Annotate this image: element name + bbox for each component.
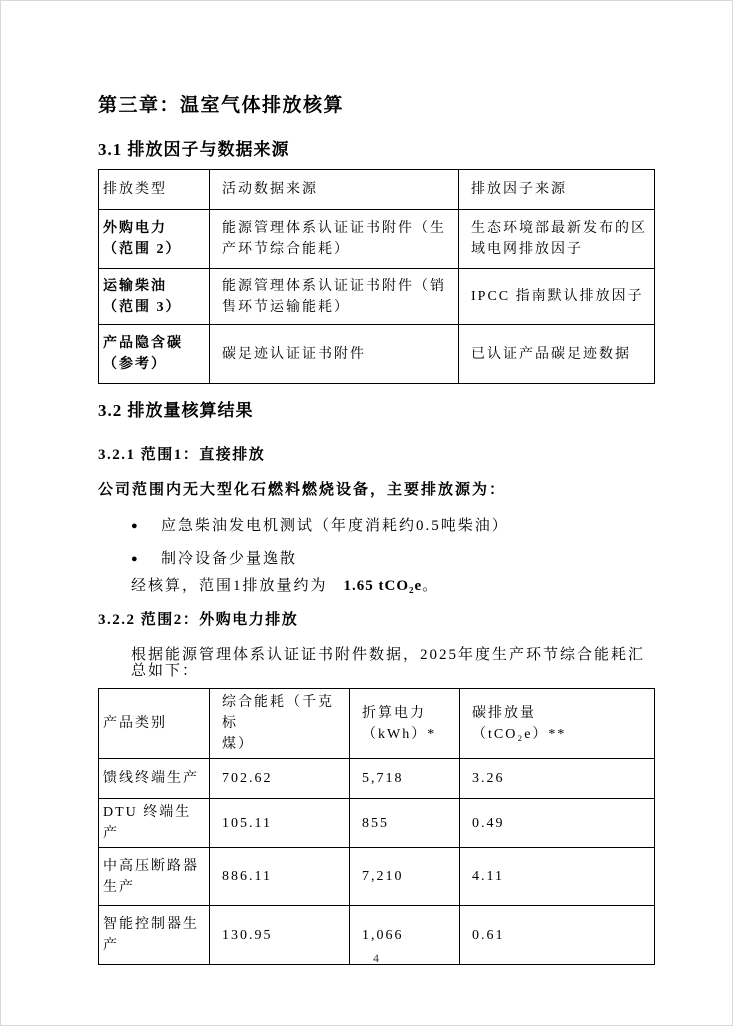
cell-activity-data-source: 能源管理体系认证证书附件（生产环节综合能耗） [210, 210, 459, 269]
bullet-icon: ● [131, 550, 161, 568]
section-3-1-heading: 3.1 排放因子与数据来源 [98, 141, 654, 159]
scope2-intro: 根据能源管理体系认证证书附件数据，2025年度生产环节综合能耗汇总如下： [131, 647, 654, 679]
scope1-result-prefix: 经核算，范围1排放量约为 [131, 578, 328, 594]
cell-energy: 702.62 [210, 759, 350, 799]
cell-emission-type: 产品隐含碳 （参考） [99, 325, 210, 384]
table-row: 外购电力 （范围 2） 能源管理体系认证证书附件（生产环节综合能耗） 生态环境部… [99, 210, 655, 269]
page-number: 4 [98, 951, 654, 966]
cell-energy: 105.11 [210, 799, 350, 848]
chapter-title: 第三章：温室气体排放核算 [98, 96, 654, 116]
cell-emissions: 0.49 [460, 799, 655, 848]
scope1-intro: 公司范围内无大型化石燃料燃烧设备，主要排放源为： [98, 482, 654, 499]
section-3-2-heading: 3.2 排放量核算结果 [98, 402, 654, 420]
header-product-category: 产品类别 [99, 689, 210, 759]
emission-factor-source-table: 排放类型 活动数据来源 排放因子来源 外购电力 （范围 2） 能源管理体系认证证… [98, 169, 655, 384]
header-activity-data-source: 活动数据来源 [210, 170, 459, 210]
cell-product: 中高压断路器生产 [99, 848, 210, 906]
section-3-2-2-heading: 3.2.2 范围2：外购电力排放 [98, 612, 654, 628]
cell-product: DTU 终端生产 [99, 799, 210, 848]
table-row: DTU 终端生产 105.11 855 0.49 [99, 799, 655, 848]
table-row: 运输柴油 （范围 3） 能源管理体系认证证书附件（销售环节运输能耗） IPCC … [99, 269, 655, 325]
scope1-result-value: 1.65 tCO₂e [344, 578, 423, 594]
cell-emissions: 3.26 [460, 759, 655, 799]
list-item: ● 应急柴油发电机测试（年度消耗约0.5吨柴油） [131, 517, 654, 535]
table-header-row: 产品类别 综合能耗（千克标 煤） 折算电力 （kWh）* 碳排放量 （tCO₂e… [99, 689, 655, 759]
cell-activity-data-source: 碳足迹认证证书附件 [210, 325, 459, 384]
header-emission-factor-source: 排放因子来源 [459, 170, 655, 210]
table-row: 产品隐含碳 （参考） 碳足迹认证证书附件 已认证产品碳足迹数据 [99, 325, 655, 384]
cell-energy: 886.11 [210, 848, 350, 906]
cell-emission-factor-source: 生态环境部最新发布的区域电网排放因子 [459, 210, 655, 269]
header-emission-type: 排放类型 [99, 170, 210, 210]
scope1-result: 经核算，范围1排放量约为1.65 tCO₂e。 [131, 577, 654, 595]
bullet-text: 应急柴油发电机测试（年度消耗约0.5吨柴油） [161, 517, 509, 535]
cell-product: 馈线终端生产 [99, 759, 210, 799]
table-row: 馈线终端生产 702.62 5,718 3.26 [99, 759, 655, 799]
cell-electricity: 7,210 [350, 848, 460, 906]
scope1-result-suffix: 。 [422, 578, 439, 594]
cell-emission-type: 运输柴油 （范围 3） [99, 269, 210, 325]
cell-electricity: 855 [350, 799, 460, 848]
bullet-icon: ● [131, 517, 161, 535]
cell-emission-factor-source: IPCC 指南默认排放因子 [459, 269, 655, 325]
cell-emissions: 4.11 [460, 848, 655, 906]
energy-consumption-table: 产品类别 综合能耗（千克标 煤） 折算电力 （kWh）* 碳排放量 （tCO₂e… [98, 688, 655, 965]
cell-electricity: 5,718 [350, 759, 460, 799]
table-header-row: 排放类型 活动数据来源 排放因子来源 [99, 170, 655, 210]
header-converted-electricity: 折算电力 （kWh）* [350, 689, 460, 759]
header-carbon-emissions: 碳排放量 （tCO₂e）** [460, 689, 655, 759]
header-energy-consumption: 综合能耗（千克标 煤） [210, 689, 350, 759]
bullet-text: 制冷设备少量逸散 [161, 550, 297, 568]
section-3-2-1-heading: 3.2.1 范围1：直接排放 [98, 447, 654, 463]
list-item: ● 制冷设备少量逸散 [131, 550, 654, 568]
table-row: 中高压断路器生产 886.11 7,210 4.11 [99, 848, 655, 906]
document-page: 第三章：温室气体排放核算 3.1 排放因子与数据来源 排放类型 活动数据来源 排… [0, 0, 733, 1026]
cell-emission-factor-source: 已认证产品碳足迹数据 [459, 325, 655, 384]
cell-activity-data-source: 能源管理体系认证证书附件（销售环节运输能耗） [210, 269, 459, 325]
cell-emission-type: 外购电力 （范围 2） [99, 210, 210, 269]
